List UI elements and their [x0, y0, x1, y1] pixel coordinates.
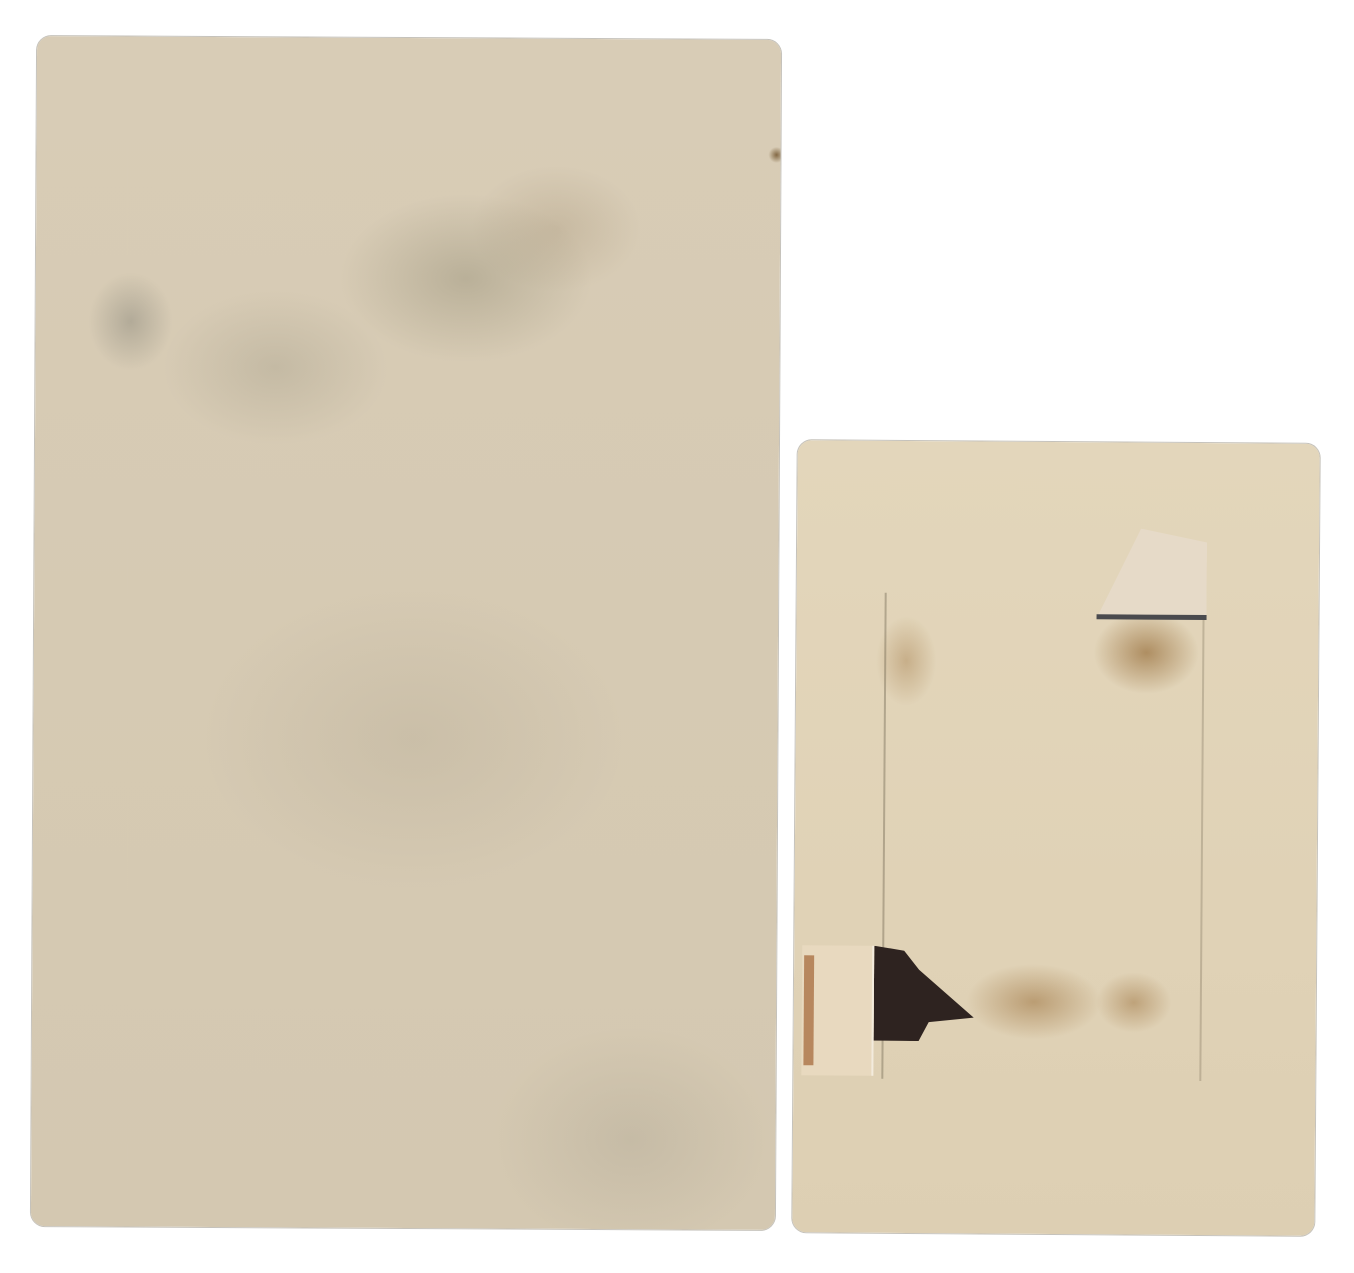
peeled-corner	[1097, 528, 1208, 619]
large-card-back	[31, 36, 781, 1230]
torn-paper-strip	[801, 945, 874, 1075]
peel-edge-line	[1097, 614, 1207, 620]
small-card-back	[792, 440, 1320, 1236]
